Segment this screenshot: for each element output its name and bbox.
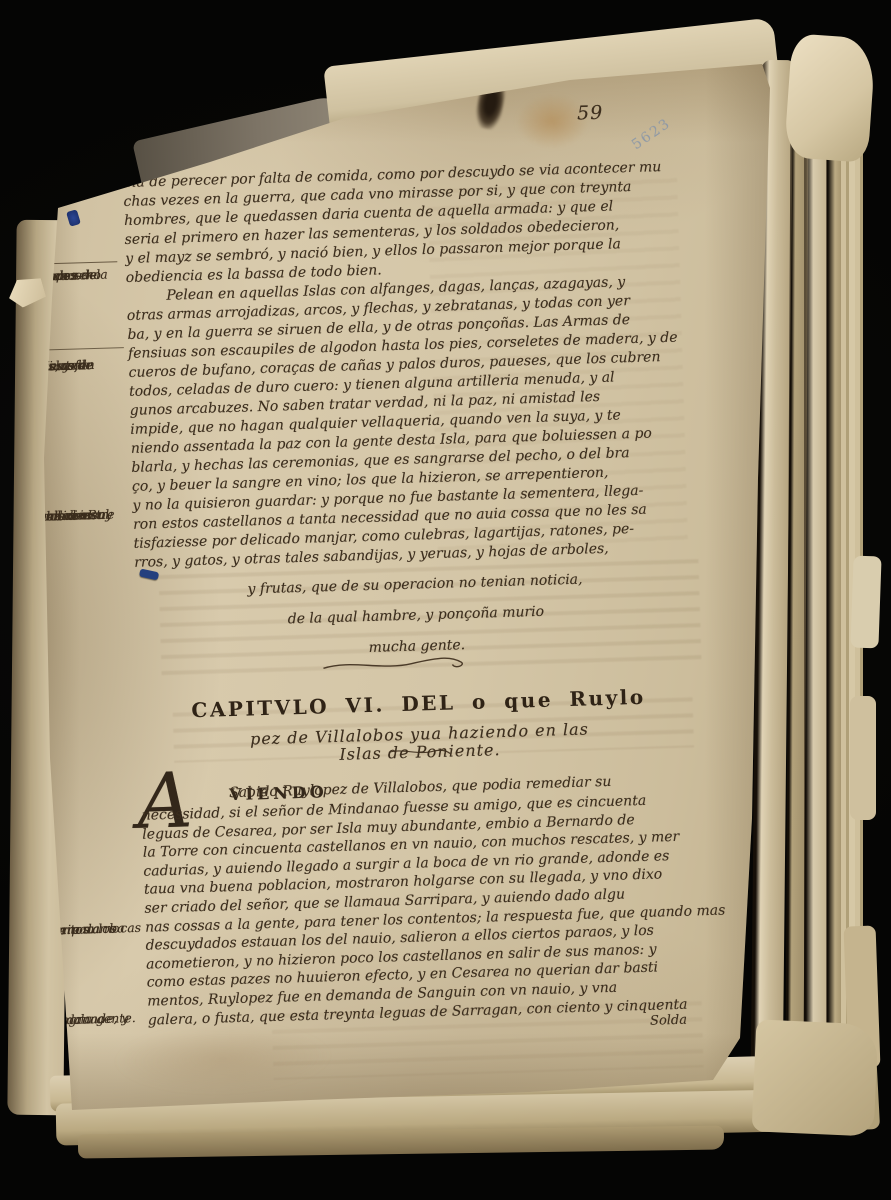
margin-note-latin-citation: deuenisse: quieis alio quinnun quam poti… — [17, 176, 123, 179]
manuscript-photo: 59 5623 deuenisse: quieis alio quinnun q… — [0, 0, 891, 1200]
chapter-title-text: Islas de Poniente. — [339, 737, 501, 767]
pencil-inventory-number: 5623 — [629, 115, 674, 153]
body-paragraph-3: necessidad, si el señor de Mindanao fues… — [141, 790, 713, 1030]
margin-note-line: deuenisse: qui — [17, 176, 109, 194]
margin-note-line: Scot 946.hist. — [17, 177, 105, 195]
margin-note-line: eis alio quin — [17, 177, 94, 195]
bottom-corner-chunk — [752, 1019, 879, 1136]
margin-note-line: titi fuissent. — [17, 177, 93, 195]
folio-number: 59 — [577, 102, 604, 125]
page-content: 59 5623 deuenisse: quieis alio quinnun q… — [0, 47, 797, 1129]
manuscript-page: 59 5623 deuenisse: quieis alio quinnun q… — [10, 58, 782, 1118]
catchword: Solda — [650, 1013, 687, 1029]
margin-note-line: nun quam po — [17, 177, 100, 195]
closing-taper-lines: y frutas, que de su operacion no tenian … — [145, 562, 688, 671]
chapter-heading: CAPITVLO VI. DEL o que Ruylo pez de Vill… — [138, 683, 700, 765]
page-edge-strip — [804, 58, 827, 1120]
page-corner-chunk — [784, 33, 876, 163]
page-edge-strip — [826, 74, 842, 1126]
binding-thread-mark — [66, 209, 81, 227]
page-edge-tab — [850, 696, 876, 820]
body-paragraph-2: Pelean en aquellas Islas con alfanges, d… — [126, 271, 700, 573]
body-paragraph-1: dia de perecer por falta de comida, como… — [123, 157, 692, 288]
page-edge-tab — [850, 556, 881, 649]
body-line-first: VIENDOSabido Ruylopez de Villalobos, que… — [141, 771, 707, 788]
